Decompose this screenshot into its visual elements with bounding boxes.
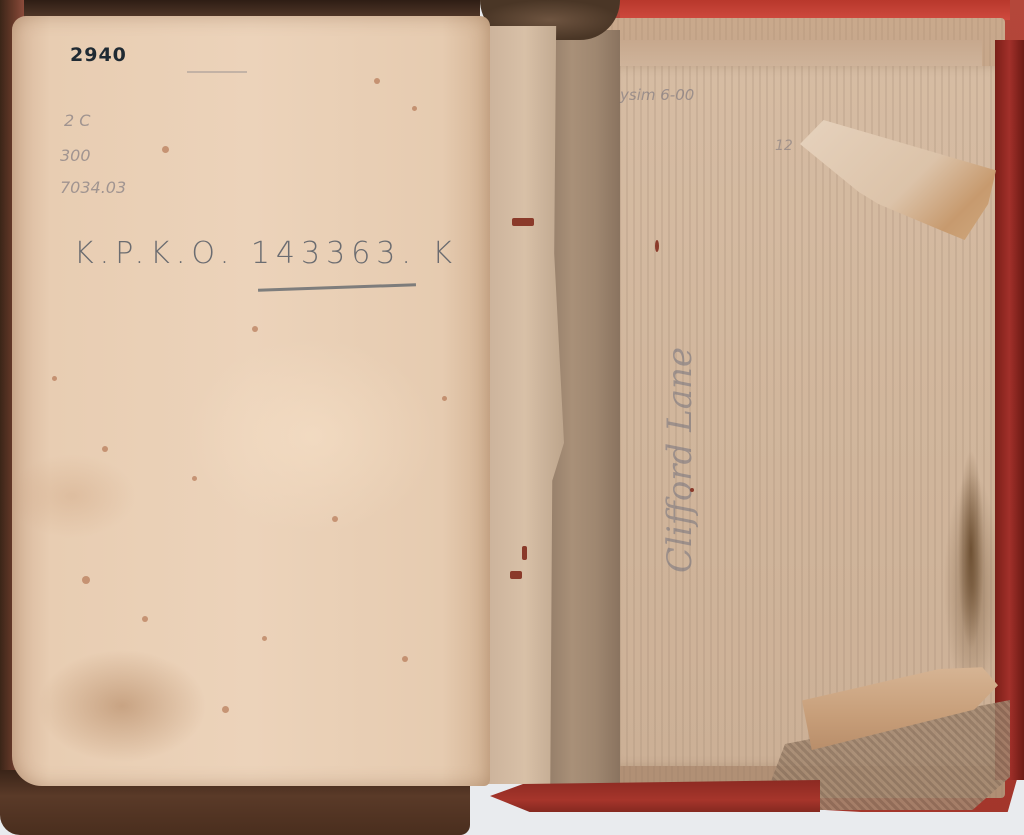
foxing-spot — [442, 396, 447, 401]
foxing-spot — [102, 446, 108, 452]
foxing-spot — [82, 576, 90, 584]
cloth-right-edge — [995, 40, 1024, 780]
pencil-note-right-top: ysim 6-00 — [620, 86, 694, 104]
pencil-note-3: 7034.03 — [60, 178, 126, 197]
ink-spot — [690, 488, 694, 492]
cloth-top-edge — [620, 0, 1010, 20]
endpaper-left: 2940 2 C 300 7034.03 K.P.K.O. 143363. K — [12, 16, 490, 786]
foxing-spot — [374, 78, 380, 84]
foxing-spot — [192, 476, 197, 481]
ink-spot — [655, 240, 659, 252]
pencil-note-2: 300 — [60, 146, 91, 165]
foxing-spot — [162, 146, 169, 153]
foxing-spot — [332, 516, 338, 522]
book-photo: 2940 2 C 300 7034.03 K.P.K.O. 143363. K … — [0, 0, 1024, 835]
foxing-spot — [262, 636, 267, 641]
scan-background — [480, 812, 1024, 835]
water-stain — [958, 450, 984, 650]
faint-pencil-mark — [187, 71, 247, 73]
foxing-spot — [222, 706, 229, 713]
stain-mark — [522, 546, 527, 560]
foxing-spot — [402, 656, 408, 662]
call-number: K.P.K.O. 143363. K — [74, 236, 458, 271]
foxing-spot — [52, 376, 57, 381]
stamped-accession-number: 2940 — [70, 44, 127, 66]
call-number-underline — [258, 283, 416, 292]
stain-mark — [510, 571, 522, 579]
foxing-spot — [142, 616, 148, 622]
pencil-note-right-small: 12 — [775, 138, 793, 154]
owner-signature: Clifford Lane — [660, 260, 700, 660]
foxing-spot — [252, 326, 258, 332]
stain-mark — [512, 218, 534, 226]
pencil-note-1: 2 C — [64, 111, 90, 130]
foxing-spot — [412, 106, 417, 111]
